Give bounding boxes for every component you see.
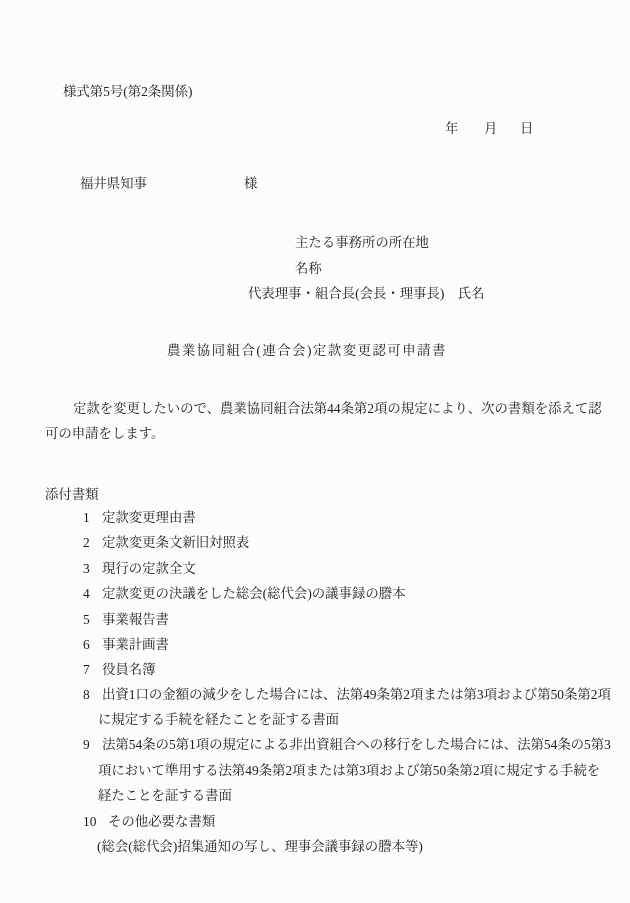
attachment-item-number: 7 [83,660,90,680]
attachment-item-10-note: (総会(総代会)招集通知の写し、理事会議事録の謄本等) [97,837,423,857]
attachment-item-number: 2 [83,533,90,553]
attachment-item-text: 出資1口の金額の減少をした場合には、法第49条第2項または第3項および第50条第… [102,685,611,705]
applicant-representative-label: 代表理事・組合長(会長・理事長) 氏名 [248,284,485,304]
attachment-item-text: 役員名簿 [102,660,156,680]
application-form-page: 様式第5号(第2条関係) 年 月 日 福井県知事 様 主たる事務所の所在地 名称… [0,0,630,903]
attachments-heading: 添付書類 [45,485,99,505]
attachment-item-9-continuation-2: 経たことを証する書面 [98,786,232,806]
attachment-item-number: 5 [83,610,90,630]
attachment-item-8: 8 出資1口の金額の減少をした場合には、法第49条第2項または第3項および第50… [0,685,630,707]
document-title: 農業協同組合(連合会)定款変更認可申請書 [167,341,447,361]
attachment-item-text: 事業報告書 [102,610,169,630]
attachment-item-text: 事業計画書 [102,635,169,655]
date-month-label: 月 [484,119,497,139]
form-number: 様式第5号(第2条関係) [63,82,192,102]
attachment-item-number: 9 [83,735,90,755]
attachment-item-7: 7 役員名簿 [0,660,630,682]
attachment-item-number: 8 [83,685,90,705]
addressee-honorific: 様 [244,174,257,194]
attachment-item-number: 1 [83,508,90,528]
attachment-item-number: 10 [83,812,96,832]
applicant-name-label: 名称 [295,259,322,279]
attachment-item-5: 5 事業報告書 [0,610,630,632]
attachment-item-number: 6 [83,635,90,655]
addressee-name: 福井県知事 [80,174,147,194]
body-text-line-2: 可の申請をします。 [45,424,164,444]
attachment-item-text: その他必要な書類 [108,812,215,832]
attachment-item-number: 4 [83,584,90,604]
date-year-label: 年 [445,119,458,139]
attachment-item-10: 10 その他必要な書類 [0,812,630,834]
attachment-item-text: 法第54条の5第1項の規定による非出資組合への移行をした場合には、法第54条の5… [102,735,611,755]
attachment-item-text: 現行の定款全文 [102,559,196,579]
applicant-address-label: 主たる事務所の所在地 [295,233,429,253]
attachment-item-6: 6 事業計画書 [0,635,630,657]
attachment-item-number: 3 [83,559,90,579]
attachment-item-3: 3 現行の定款全文 [0,559,630,581]
attachment-item-text: 定款変更理由書 [102,508,196,528]
body-text-line-1: 定款を変更したいので、農業協同組合法第44条第2項の規定により、次の書類を添えて… [73,399,602,419]
attachment-item-text: 定款変更条文新旧対照表 [102,533,249,553]
attachment-item-1: 1 定款変更理由書 [0,508,630,530]
attachment-item-9-continuation-1: 項において準用する法第49条第2項または第3項および第50条第2項に規定する手続… [98,761,600,781]
attachment-item-4: 4 定款変更の決議をした総会(総代会)の議事録の謄本 [0,584,630,606]
attachment-item-text: 定款変更の決議をした総会(総代会)の議事録の謄本 [102,584,406,604]
attachment-item-8-continuation: に規定する手続を経たことを証する書面 [98,710,339,730]
attachment-item-9: 9 法第54条の5第1項の規定による非出資組合への移行をした場合には、法第54条… [0,735,630,757]
attachment-item-2: 2 定款変更条文新旧対照表 [0,533,630,555]
date-day-label: 日 [520,119,533,139]
